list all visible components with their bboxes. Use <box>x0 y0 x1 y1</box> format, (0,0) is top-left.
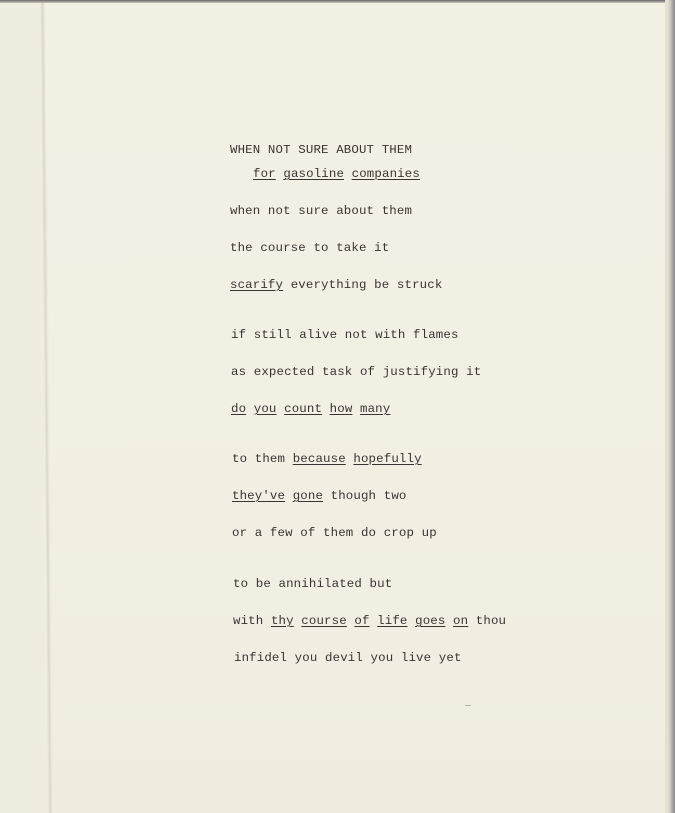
underlined-word: you <box>254 402 277 416</box>
poem-line: do you count how many <box>231 402 390 416</box>
poem-line: scarify everything be struck <box>230 278 442 292</box>
text-segment: as expected task of justifying it <box>231 365 481 379</box>
text-segment: to be annihilated but <box>233 577 392 591</box>
text-segment: if still alive not with flames <box>231 328 459 342</box>
text-segment: when not sure about them <box>230 204 412 218</box>
poem-line: to them because hopefully <box>232 452 422 466</box>
underlined-word: count <box>284 402 322 416</box>
underlined-word: for <box>253 167 276 181</box>
text-segment <box>344 167 352 181</box>
poem-line: as expected task of justifying it <box>231 365 481 379</box>
poem-dedication: for gasoline companies <box>253 167 420 181</box>
text-segment: thou <box>468 614 506 628</box>
text-segment: with <box>233 614 271 628</box>
poem-line: or a few of them do crop up <box>232 526 437 540</box>
text-segment <box>445 614 453 628</box>
text-segment: the course to take it <box>230 241 389 255</box>
text-segment: to them <box>232 452 293 466</box>
underlined-word: do <box>231 402 246 416</box>
underlined-word: many <box>360 402 390 416</box>
underlined-word: of <box>354 614 369 628</box>
poem-line: with thy course of life goes on thou <box>233 614 506 628</box>
text-segment: though two <box>323 489 406 503</box>
underlined-word: life <box>377 614 407 628</box>
underlined-word: thy <box>271 614 294 628</box>
poem-line: when not sure about them <box>230 204 412 218</box>
text-segment <box>246 402 254 416</box>
underlined-word: hopefully <box>353 452 421 466</box>
text-segment <box>277 402 285 416</box>
underlined-word: because <box>293 452 346 466</box>
poem-line: if still alive not with flames <box>231 328 459 342</box>
underlined-word: course <box>301 614 347 628</box>
text-segment: or a few of them do crop up <box>232 526 437 540</box>
text-segment <box>322 402 330 416</box>
underlined-word: goes <box>415 614 445 628</box>
text-segment <box>408 614 416 628</box>
underlined-word: companies <box>352 167 420 181</box>
underlined-word: scarify <box>230 278 283 292</box>
poem: WHEN NOT SURE ABOUT THEM for gasoline co… <box>0 0 675 813</box>
poem-title: WHEN NOT SURE ABOUT THEM <box>230 143 412 157</box>
poem-line: they've gone though two <box>232 489 407 503</box>
paper-speck <box>465 705 471 706</box>
underlined-word: gasoline <box>283 167 344 181</box>
poem-line: to be annihilated but <box>233 577 392 591</box>
text-segment: infidel you devil you live yet <box>234 651 462 665</box>
poem-line: infidel you devil you live yet <box>234 651 462 665</box>
underlined-word: on <box>453 614 468 628</box>
text-segment <box>285 489 293 503</box>
poem-line: the course to take it <box>230 241 389 255</box>
text-segment <box>352 402 360 416</box>
text-segment: everything be struck <box>283 278 442 292</box>
underlined-word: gone <box>293 489 323 503</box>
underlined-word: how <box>330 402 353 416</box>
underlined-word: they've <box>232 489 285 503</box>
